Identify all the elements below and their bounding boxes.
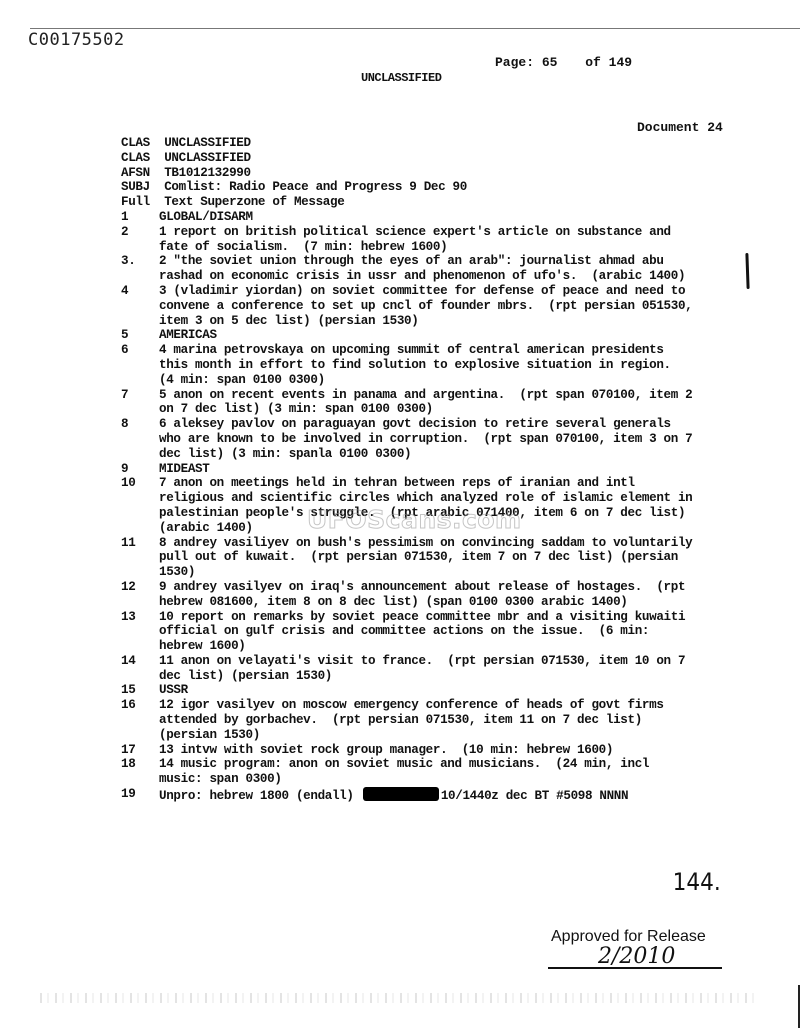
line-text: 10 report on remarks by soviet peace com… (159, 610, 731, 654)
release-stamp-rule (548, 967, 722, 969)
header-key: CLAS (121, 151, 157, 166)
line-text: 14 music program: anon on soviet music a… (159, 757, 731, 787)
line-text: 3 (vladimir yiordan) on soviet committee… (159, 284, 731, 328)
line-number: 3. (121, 254, 159, 284)
message-line: 1713 intvw with soviet rock group manage… (121, 743, 731, 758)
classification-header: UNCLASSIFIED (361, 71, 441, 85)
header-value: Text Superzone of Message (164, 195, 344, 209)
document-control-id: C00175502 (28, 30, 125, 50)
header-field: CLAS UNCLASSIFIED (121, 136, 731, 151)
header-field: CLAS UNCLASSIFIED (121, 151, 731, 166)
header-key: AFSN (121, 166, 157, 181)
margin-mark (745, 253, 749, 289)
header-key: SUBJ (121, 180, 157, 195)
line-text: 9 andrey vasilyev on iraq's announcement… (159, 580, 731, 610)
line-text: 12 igor vasilyev on moscow emergency con… (159, 698, 731, 742)
line-number: 7 (121, 388, 159, 418)
line-text-before-redaction: Unpro: hebrew 1800 (endall) (159, 789, 354, 803)
header-value: Comlist: Radio Peace and Progress 9 Dec … (164, 180, 467, 194)
line-number: 18 (121, 757, 159, 787)
message-line: 1814 music program: anon on soviet music… (121, 757, 731, 787)
section-heading-americas: AMERICAS (159, 328, 731, 343)
message-line: 1411 anon on velayati's visit to france.… (121, 654, 731, 684)
message-body: CLAS UNCLASSIFIED CLAS UNCLASSIFIED AFSN… (121, 136, 731, 804)
header-key: CLAS (121, 136, 157, 151)
release-stamp-date: 2/2010 (598, 944, 675, 969)
header-value: TB1012132990 (164, 166, 251, 180)
line-number: 14 (121, 654, 159, 684)
message-line: 1310 report on remarks by soviet peace c… (121, 610, 731, 654)
redaction-block (363, 787, 439, 801)
section-heading-ussr: USSR (159, 683, 731, 698)
line-number: 12 (121, 580, 159, 610)
header-value: UNCLASSIFIED (164, 136, 251, 150)
message-line: 1612 igor vasilyev on moscow emergency c… (121, 698, 731, 742)
message-line-final: 19 Unpro: hebrew 1800 (endall) 10/1440z … (121, 787, 731, 804)
section-heading-mideast: MIDEAST (159, 462, 731, 477)
line-text: 2 "the soviet union through the eyes of … (159, 254, 731, 284)
line-number: 15 (121, 683, 159, 698)
line-number: 17 (121, 743, 159, 758)
line-number: 10 (121, 476, 159, 535)
message-line: 1GLOBAL/DISARM (121, 210, 731, 225)
message-line: 129 andrey vasilyev on iraq's announceme… (121, 580, 731, 610)
handwritten-page-number: 144. (673, 868, 721, 896)
scan-top-rule (30, 28, 800, 29)
line-number: 4 (121, 284, 159, 328)
page-total: 149 (609, 55, 632, 70)
document-number: Document 24 (637, 120, 723, 135)
line-number: 8 (121, 417, 159, 461)
line-text: GLOBAL/DISARM (159, 210, 731, 225)
message-line: 118 andrey vasiliyev on bush's pessimism… (121, 536, 731, 580)
message-line: 5AMERICAS (121, 328, 731, 343)
message-line: 21 report on british political science e… (121, 225, 731, 255)
message-line: 64 marina petrovskaya on upcoming summit… (121, 343, 731, 387)
header-value: UNCLASSIFIED (164, 151, 251, 165)
message-line: 75 anon on recent events in panama and a… (121, 388, 731, 418)
scan-artifacts (40, 993, 760, 1003)
message-line: 9MIDEAST (121, 462, 731, 477)
line-text: 1 report on british political science ex… (159, 225, 731, 255)
watermark: UFOScans.com (307, 505, 522, 534)
line-number: 2 (121, 225, 159, 255)
message-line: 43 (vladimir yiordan) on soviet committe… (121, 284, 731, 328)
header-key: Full (121, 195, 157, 210)
line-text: 8 andrey vasiliyev on bush's pessimism o… (159, 536, 731, 580)
line-number: 13 (121, 610, 159, 654)
line-text-after-redaction: 10/1440z dec BT #5098 NNNN (441, 789, 628, 803)
message-line: 15USSR (121, 683, 731, 698)
header-field: Full Text Superzone of Message (121, 195, 731, 210)
page-of-label: of (585, 55, 601, 70)
line-number: 9 (121, 462, 159, 477)
line-number: 1 (121, 210, 159, 225)
message-line: 86 aleksey pavlov on paraguayan govt dec… (121, 417, 731, 461)
line-text: 6 aleksey pavlov on paraguayan govt deci… (159, 417, 731, 461)
line-number: 19 (121, 787, 159, 804)
page-current: 65 (542, 55, 558, 70)
line-text: 5 anon on recent events in panama and ar… (159, 388, 731, 418)
page-indicator: Page: 65 of 149 (495, 55, 632, 70)
header-field: SUBJ Comlist: Radio Peace and Progress 9… (121, 180, 731, 195)
page-label: Page: (495, 55, 534, 70)
message-line: 3.2 "the soviet union through the eyes o… (121, 254, 731, 284)
line-number: 6 (121, 343, 159, 387)
line-number: 16 (121, 698, 159, 742)
line-number: 5 (121, 328, 159, 343)
line-text: 11 anon on velayati's visit to france. (… (159, 654, 731, 684)
line-text: 13 intvw with soviet rock group manager.… (159, 743, 731, 758)
header-field: AFSN TB1012132990 (121, 166, 731, 181)
line-text: 4 marina petrovskaya on upcoming summit … (159, 343, 731, 387)
line-number: 11 (121, 536, 159, 580)
